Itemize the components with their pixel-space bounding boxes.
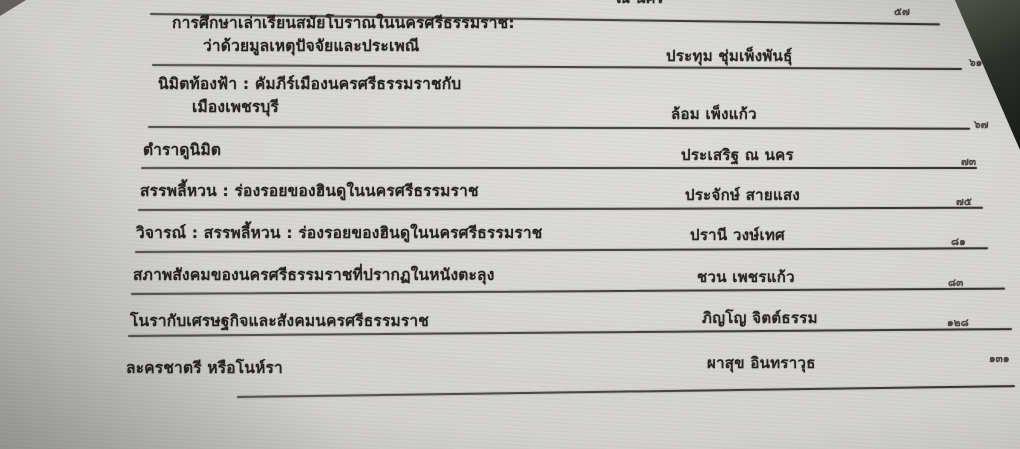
page-number: ๑๓๑	[989, 350, 1010, 367]
article-author: ผาสุข อินทราวุธ	[707, 351, 816, 375]
article-title-line1: ละครชาตรี หรือโนห์รา	[126, 359, 283, 377]
article-title: ละครชาตรี หรือโนห์รา	[126, 357, 283, 380]
row-divider	[237, 385, 1015, 398]
toc-entry: ละครชาตรี หรือโนห์รา ผาสุข อินทราวุธ ๑๓๑	[0, 0, 1020, 449]
book-page-photo: ณ นคร ๕๗ การศึกษาเล่าเรียนสมัยโบราณในนคร…	[0, 0, 1020, 449]
paper-page: ณ นคร ๕๗ การศึกษาเล่าเรียนสมัยโบราณในนคร…	[0, 0, 1020, 449]
